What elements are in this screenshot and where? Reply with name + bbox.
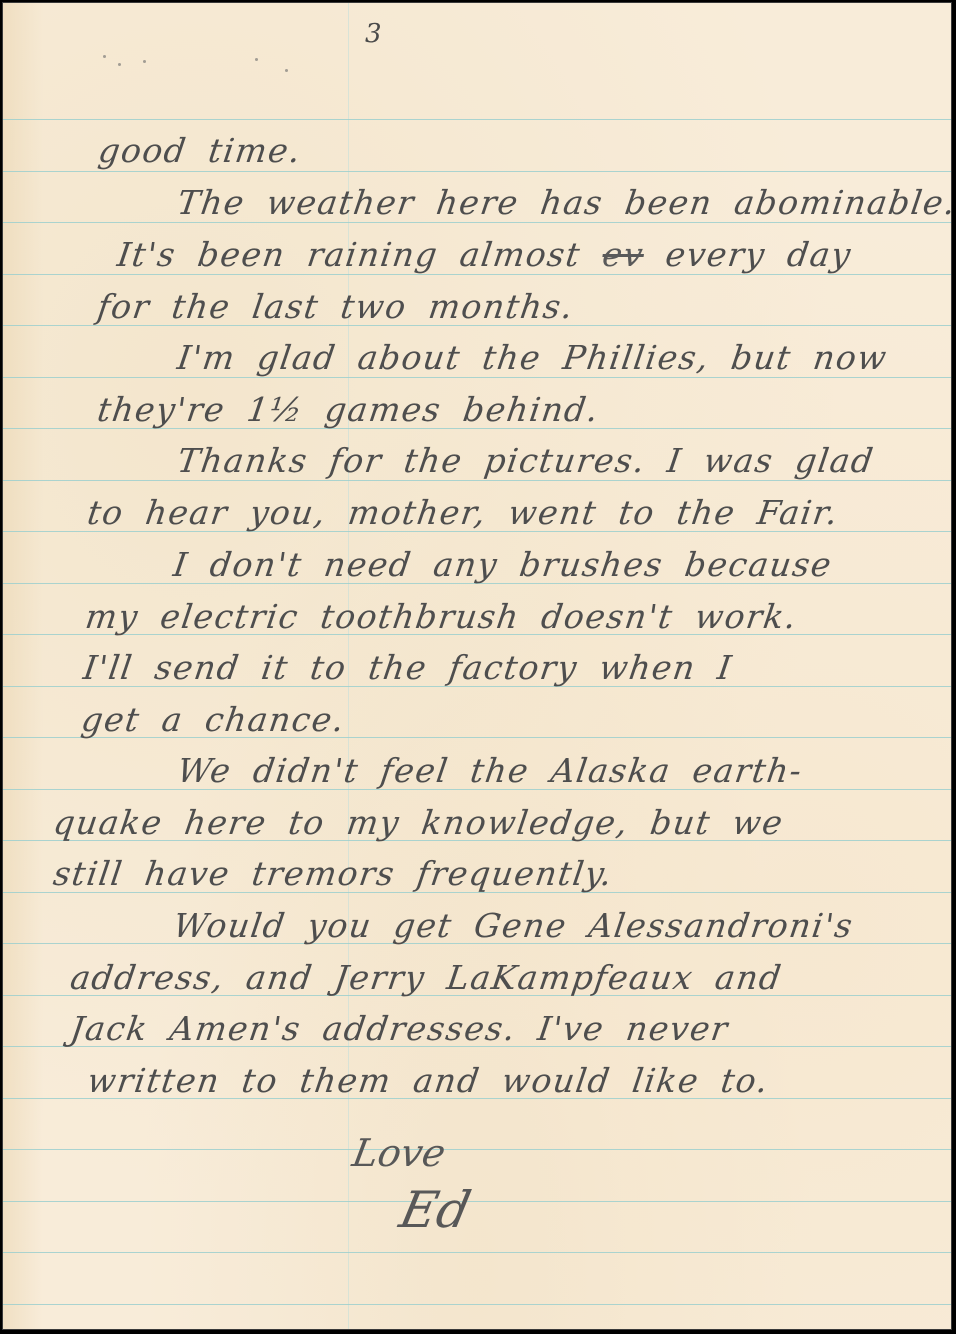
letter-line: still have tremors frequently. bbox=[51, 854, 616, 893]
letter-line: We didn't feel the Alaska earth- bbox=[175, 751, 805, 790]
ruled-line bbox=[3, 119, 951, 120]
paper-speck bbox=[143, 60, 146, 63]
letter-line: to hear you, mother, went to the Fair. bbox=[85, 493, 841, 532]
letter-line: I'll send it to the factory when I bbox=[81, 648, 735, 687]
ruled-line bbox=[3, 1252, 951, 1253]
letter-line: my electric toothbrush doesn't work. bbox=[83, 597, 800, 636]
letter-line: Thanks for the pictures. I was glad bbox=[175, 441, 877, 480]
paper-shading bbox=[3, 3, 43, 1329]
letter-line: I'm glad about the Phillies, but now bbox=[175, 338, 890, 377]
letter-page: 3 good time. The weather here has been a… bbox=[2, 2, 952, 1330]
letter-line: It's been raining almost ev every day bbox=[115, 235, 854, 274]
letter-line: get a chance. bbox=[79, 700, 348, 739]
paper-speck bbox=[103, 55, 106, 58]
ruled-line bbox=[3, 1149, 951, 1150]
ruled-line bbox=[3, 222, 951, 223]
paper-speck bbox=[255, 58, 258, 61]
ruled-line bbox=[3, 171, 951, 172]
letter-line: they're 1½ games behind. bbox=[95, 390, 602, 429]
ruled-line bbox=[3, 377, 951, 378]
ruled-line bbox=[3, 480, 951, 481]
letter-line: I don't need any brushes because bbox=[171, 545, 835, 584]
closing: Love bbox=[349, 1131, 449, 1175]
paper-speck bbox=[118, 63, 121, 66]
ruled-line bbox=[3, 274, 951, 275]
ruled-line bbox=[3, 1201, 951, 1202]
letter-line: good time. bbox=[96, 131, 304, 170]
letter-line: address, and Jerry LaKampfeaux and bbox=[68, 958, 785, 997]
strikeout-text: ev bbox=[600, 235, 647, 274]
letter-line: quake here to my knowledge, but we bbox=[51, 803, 786, 842]
paper-speck bbox=[285, 69, 288, 72]
letter-line: written to them and would like to. bbox=[85, 1061, 772, 1100]
letter-line: Would you get Gene Alessandroni's bbox=[171, 906, 856, 945]
letter-line: Jack Amen's addresses. I've never bbox=[68, 1009, 731, 1048]
letter-line: for the last two months. bbox=[95, 287, 576, 326]
signature: Ed bbox=[395, 1181, 476, 1239]
page-number: 3 bbox=[365, 19, 382, 49]
letter-line: The weather here has been abominable. bbox=[175, 183, 952, 222]
ruled-line bbox=[3, 1304, 951, 1305]
